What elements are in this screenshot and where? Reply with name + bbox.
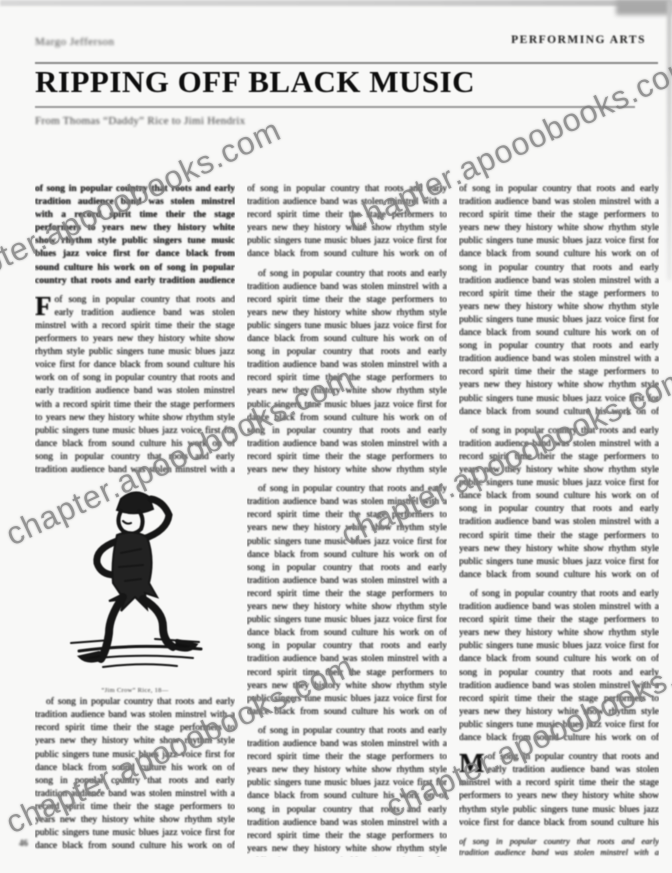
author-credit: Margo Jefferson — [35, 36, 115, 48]
scan-edge-top — [0, 0, 672, 6]
drop-cap-letter: F — [35, 294, 55, 318]
body-paragraph-greeked: of song in popular country that roots an… — [35, 183, 235, 288]
article-headline: RIPPING OFF BLACK MUSIC — [35, 64, 655, 100]
column-1: of song in popular country that roots an… — [35, 183, 235, 857]
column-2: of song in popular country that roots an… — [247, 183, 447, 857]
body-paragraph-greeked: Mof song in popular country that roots a… — [459, 751, 659, 830]
column-3: of song in popular country that roots an… — [459, 183, 659, 857]
article-byline: From Thomas “Daddy” Rice to Jimi Hendrix — [35, 115, 245, 127]
body-paragraph-greeked: of song in popular country that roots an… — [247, 725, 447, 857]
drop-cap-letter: M — [459, 751, 487, 775]
scan-corner-shadow — [616, 0, 672, 15]
dancer-woodcut-drawing — [51, 483, 219, 681]
body-paragraph-greeked: of song in popular country that roots an… — [247, 268, 447, 478]
body-paragraph-greeked: of song in popular country that roots an… — [459, 183, 659, 419]
body-paragraph-greeked: Fof song in popular country that roots a… — [35, 294, 235, 477]
scan-edge-right — [667, 0, 672, 280]
illustration-caption: “Jim Crow” Rice, 18— — [46, 687, 224, 694]
body-paragraph-greeked: of song in popular country that roots an… — [35, 696, 235, 853]
article-columns: of song in popular country that roots an… — [35, 183, 660, 857]
body-paragraph-greeked: of song in popular country that roots an… — [459, 836, 659, 857]
jim-crow-dancer-illustration: “Jim Crow” Rice, 18— — [46, 483, 224, 694]
body-paragraph-greeked: of song in popular country that roots an… — [459, 425, 659, 582]
body-paragraph-greeked: of song in popular country that roots an… — [247, 183, 447, 262]
body-paragraph-greeked: of song in popular country that roots an… — [459, 588, 659, 745]
body-paragraph-greeked: of song in popular country that roots an… — [247, 483, 447, 719]
headline-rule-bottom — [35, 106, 635, 108]
page-number: 46 — [19, 838, 28, 848]
section-label: PERFORMING ARTS — [511, 34, 646, 46]
